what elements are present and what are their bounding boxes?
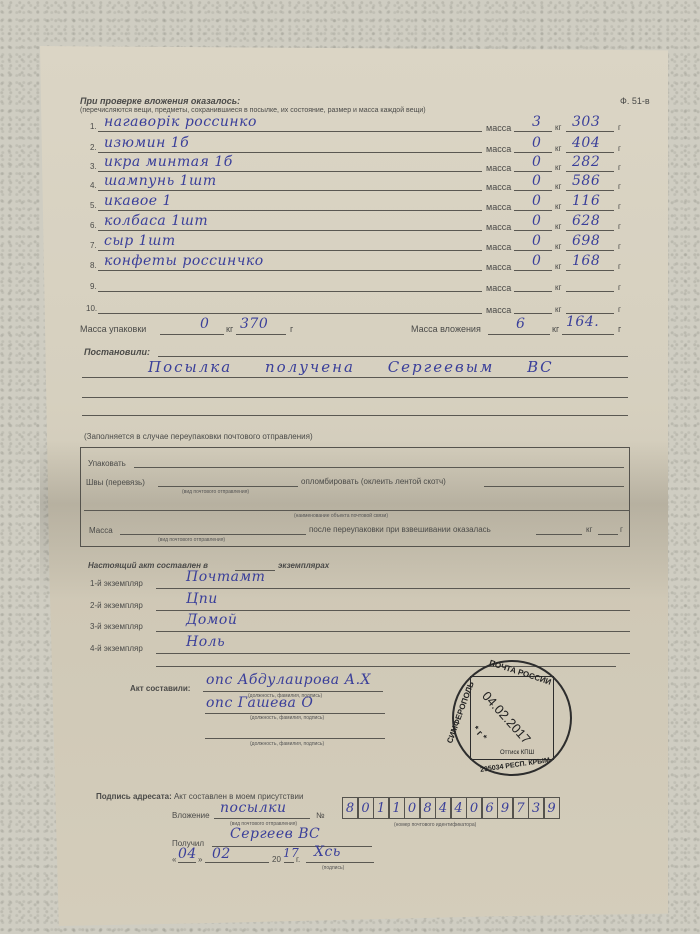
form-heading: При проверке вложения оказалось: (80, 96, 240, 106)
received-value: Сергеев ВС (230, 826, 320, 842)
item-kg-label: кг (555, 202, 561, 211)
item-mass-label: масса (486, 163, 511, 173)
recipient-label-bold: Подпись адресата: (96, 792, 172, 801)
repack-seams-label: Швы (перевязь) (86, 478, 145, 487)
item-number: 8. (90, 261, 97, 270)
tracking-digit-cell: 1 (373, 797, 389, 819)
stamp-inner-text: Оттиск КПШ (500, 750, 534, 756)
package-kg-label: кг (226, 324, 233, 334)
date-open-quote: « (172, 855, 176, 864)
item-mass-kg: 0 (532, 193, 541, 209)
package-g-label: г (290, 324, 293, 334)
item-description: изюмин 1б (104, 135, 189, 151)
item-mass-label: масса (486, 305, 511, 315)
form-subheading: (перечисляются вещи, предметы, сохранивш… (80, 107, 426, 114)
contents-mass-g: 164. (566, 314, 599, 330)
item-kg-label: кг (555, 144, 561, 153)
copy-value: Домой (186, 612, 237, 628)
package-mass-kg: 0 (200, 316, 209, 332)
tracking-no-label: № (316, 811, 325, 820)
repack-hint-object: (наименование объекта почтовой связи) (294, 513, 388, 519)
package-mass-label: Масса упаковки (80, 324, 146, 334)
date-close-quote: » (198, 855, 202, 864)
item-mass-g: 168 (572, 253, 600, 269)
item-number: 5. (90, 201, 97, 210)
composer-1: опс Абдулаирова А.Х (206, 672, 371, 688)
repack-note: (Заполняется в случае переупаковки почто… (84, 432, 313, 441)
item-number: 4. (90, 181, 97, 190)
tracking-digit-cell: 8 (342, 797, 358, 819)
date-day: 04 (178, 846, 197, 862)
item-mass-g: 404 (572, 135, 600, 151)
repack-hint-type: (вид почтового отправления) (182, 489, 249, 495)
item-mass-g: 116 (572, 193, 600, 209)
item-g-label: г (618, 242, 621, 251)
item-mass-label: масса (486, 182, 511, 192)
item-number: 3. (90, 162, 97, 171)
item-number: 7. (90, 241, 97, 250)
tracking-digit-cell: 1 (389, 797, 405, 819)
tracking-digit-cell: 4 (435, 797, 451, 819)
item-description: сыр 1шт (104, 233, 176, 249)
item-number: 9. (90, 282, 97, 291)
item-mass-kg: 0 (532, 173, 541, 189)
item-kg-label: кг (555, 222, 561, 231)
tracking-digit-cell: 0 (466, 797, 482, 819)
item-description: шампунь 1шт (104, 173, 217, 189)
item-mass-label: масса (486, 222, 511, 232)
composer-hint-2: (должность, фамилия, подпись) (250, 715, 324, 721)
item-number: 6. (90, 221, 97, 230)
date-year-g: г. (296, 855, 300, 864)
item-kg-label: кг (555, 123, 561, 132)
postal-stamp: ПОЧТА РОССИИ СИМФЕРОПОЛЬ 295034 РЕСП. КР… (452, 660, 572, 776)
copy-label: 2-й экземпляр (90, 601, 143, 610)
item-mass-kg: 0 (532, 253, 541, 269)
item-description: конфеты россинчко (104, 253, 264, 269)
item-description: колбаса 1шт (104, 213, 208, 229)
item-description: икра минтая 1б (104, 154, 233, 170)
item-g-label: г (618, 182, 621, 191)
contents-g-label: г (618, 324, 621, 334)
contents-label: Вложение (172, 811, 210, 820)
item-mass-label: масса (486, 202, 511, 212)
item-kg-label: кг (555, 283, 561, 292)
item-kg-label: кг (555, 305, 561, 314)
composer-2: опс Гашева О (206, 695, 313, 711)
package-mass-g: 370 (240, 316, 268, 332)
item-kg-label: кг (555, 242, 561, 251)
tracking-digit-cell: 9 (497, 797, 513, 819)
repack-hint-type-2: (вид почтового отправления) (158, 537, 225, 543)
item-number: 10. (86, 304, 97, 313)
recipient-signature: Хсь (314, 844, 341, 860)
form-code: Ф. 51-в (620, 96, 650, 106)
item-g-label: г (618, 283, 621, 292)
repack-mass-label: Масса (89, 526, 113, 535)
item-g-label: г (618, 262, 621, 271)
item-mass-kg: 0 (532, 135, 541, 151)
copy-label: 1-й экземпляр (90, 579, 143, 588)
date-year-prefix: 20 (272, 855, 281, 864)
item-g-label: г (618, 222, 621, 231)
item-mass-label: масса (486, 123, 511, 133)
item-mass-g: 282 (572, 154, 600, 170)
signature-hint: (подпись) (322, 865, 344, 871)
copy-value: Цпи (186, 591, 218, 607)
item-number: 1. (90, 122, 97, 131)
item-mass-label: масса (486, 283, 511, 293)
repack-g-label: г (620, 525, 623, 534)
item-mass-kg: 3 (532, 114, 541, 130)
item-mass-g: 586 (572, 173, 600, 189)
decision-text: Посылка получена Сергеевым ВС (148, 358, 554, 376)
tracking-digit-cell: 0 (404, 797, 420, 819)
tracking-digit-cell: 6 (482, 797, 498, 819)
copies-title-post: экземплярах (278, 561, 329, 570)
item-kg-label: кг (555, 163, 561, 172)
item-mass-g: 698 (572, 233, 600, 249)
item-g-label: г (618, 163, 621, 172)
copy-value: Почтамт (186, 569, 265, 585)
tracking-digit-cell: 4 (451, 797, 467, 819)
repack-kg-label: кг (586, 525, 592, 534)
tracking-digit-cell: 8 (420, 797, 436, 819)
repack-seal-label: опломбировать (оклеить лентой скотч) (301, 477, 446, 486)
item-description: нагаворік россинко (104, 114, 257, 130)
composer-hint-3: (должность, фамилия, подпись) (250, 741, 324, 747)
item-mass-label: масса (486, 242, 511, 252)
item-mass-kg: 0 (532, 154, 541, 170)
contents-value: посылки (220, 800, 286, 816)
item-g-label: г (618, 144, 621, 153)
copy-label: 3-й экземпляр (90, 622, 143, 631)
item-mass-label: масса (486, 262, 511, 272)
copy-value: Ноль (186, 634, 225, 650)
composers-label: Акт составили: (130, 684, 190, 693)
item-mass-g: 628 (572, 213, 600, 229)
tracking-hint: (номер почтового идентификатора) (394, 822, 476, 828)
tracking-digit-cell: 9 (544, 797, 560, 819)
contents-mass-label: Масса вложения (411, 324, 481, 334)
item-g-label: г (618, 305, 621, 314)
tracking-digit-cell: 7 (513, 797, 529, 819)
item-g-label: г (618, 123, 621, 132)
item-number: 2. (90, 143, 97, 152)
copy-label: 4-й экземпляр (90, 644, 143, 653)
tracking-digit-cell: 3 (528, 797, 544, 819)
decision-label: Постановили: (84, 347, 150, 357)
date-month: 02 (212, 846, 231, 862)
item-description: икавое 1 (104, 193, 172, 209)
item-mass-g: 303 (572, 114, 600, 130)
contents-mass-kg: 6 (516, 316, 525, 332)
item-mass-kg: 0 (532, 233, 541, 249)
repack-pack-label: Упаковать (88, 459, 126, 468)
repack-after-label: после переупаковки при взвешивании оказа… (309, 525, 491, 534)
item-kg-label: кг (555, 182, 561, 191)
item-kg-label: кг (555, 262, 561, 271)
contents-kg-label: кг (552, 324, 559, 334)
item-g-label: г (618, 202, 621, 211)
item-mass-label: масса (486, 144, 511, 154)
tracking-digit-cell: 0 (358, 797, 374, 819)
item-mass-kg: 0 (532, 213, 541, 229)
